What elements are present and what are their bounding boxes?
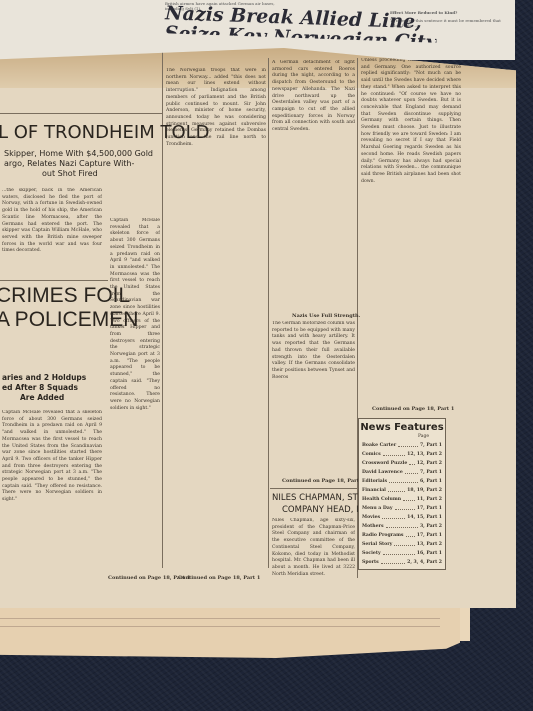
feature-page: 6, Part 1 bbox=[420, 477, 442, 486]
trondheim-deck: Skipper, Home With $4,500,000 Gold argo,… bbox=[4, 149, 153, 179]
leader-dots bbox=[394, 540, 414, 546]
deck-line: Skipper, Home With $4,500,000 Gold bbox=[4, 149, 153, 159]
feature-item: Menu a Day17, Part 1 bbox=[359, 504, 445, 513]
feature-item: Movies14, 15, Part 1 bbox=[359, 513, 445, 522]
column-4-subhead: Nazis Use Full Strength. bbox=[292, 313, 360, 319]
feature-item: Radio Programs17, Part 1 bbox=[359, 531, 445, 540]
page-column-label: Page bbox=[359, 434, 445, 439]
deck-line: Are Added bbox=[2, 393, 86, 403]
feature-page: 2, 3, 4, Part 2 bbox=[407, 558, 442, 567]
leader-dots bbox=[383, 549, 415, 555]
news-features-box: News Features Page Boake Carter7, Part 1… bbox=[358, 418, 446, 570]
trondheim-story-body: ...the skipper, back in the American wat… bbox=[2, 188, 102, 278]
feature-page: 14, 15, Part 1 bbox=[407, 513, 442, 522]
continued-note: Continued on Page 18, Part 1 bbox=[178, 575, 260, 581]
feature-page: 13, Part 2 bbox=[417, 540, 442, 549]
features-list: Boake Carter7, Part 1Comics12, 13, Part … bbox=[359, 441, 445, 567]
deck-line: out Shot Fired bbox=[4, 169, 153, 179]
section-rule bbox=[0, 280, 108, 281]
feature-name: Radio Programs bbox=[362, 531, 404, 540]
feature-name: Boake Carter bbox=[362, 441, 396, 450]
feature-name: Editorials bbox=[362, 477, 387, 486]
leader-dots bbox=[389, 477, 418, 483]
leader-dots bbox=[386, 522, 418, 528]
page-rule bbox=[0, 626, 440, 627]
feature-item: Mothers3, Part 2 bbox=[359, 522, 445, 531]
feature-item: Society16, Part 1 bbox=[359, 549, 445, 558]
section-rule bbox=[270, 488, 357, 489]
news-features-title: News Features bbox=[359, 422, 445, 433]
column-rule bbox=[268, 58, 269, 568]
feature-name: David Lawrence bbox=[362, 468, 403, 477]
obituary-body: Niles Chapman, age sixty-six, president … bbox=[272, 518, 355, 582]
feature-page: 7, Part 1 bbox=[420, 468, 442, 477]
feature-page: 12, Part 2 bbox=[417, 459, 442, 468]
feature-name: Menu a Day bbox=[362, 504, 393, 513]
feature-page: 3, Part 2 bbox=[420, 522, 442, 531]
feature-name: Serial Story bbox=[362, 540, 392, 549]
deck-line: aries and 2 Holdups bbox=[2, 373, 86, 383]
deck-line: ed After 8 Squads bbox=[2, 383, 86, 393]
feature-page: 17, Part 1 bbox=[417, 531, 442, 540]
leader-dots bbox=[403, 495, 415, 501]
feature-name: Movies bbox=[362, 513, 380, 522]
continued-note: Continued on Page 18, Part 1 bbox=[282, 478, 364, 484]
feature-page: 12, 13, Part 2 bbox=[407, 450, 442, 459]
leader-dots bbox=[409, 459, 415, 465]
feature-page: 11, Part 2 bbox=[417, 495, 442, 504]
feature-item: Health Column11, Part 2 bbox=[359, 495, 445, 504]
deck-line: argo, Relates Nazi Capture With- bbox=[4, 159, 153, 169]
feature-name: Financial bbox=[362, 486, 386, 495]
feature-item: Boake Carter7, Part 1 bbox=[359, 441, 445, 450]
crimes-deck: aries and 2 Holdups ed After 8 Squads Ar… bbox=[2, 373, 86, 403]
leader-dots bbox=[383, 450, 405, 456]
leader-dots bbox=[398, 441, 418, 447]
column-3-text: The Norwegian troops that were in northe… bbox=[166, 68, 266, 568]
feature-name: Sports bbox=[362, 558, 379, 567]
continued-note: Continued on Page 18, Part 1 bbox=[372, 406, 454, 412]
leader-dots bbox=[381, 558, 405, 564]
column-4-text: A German detachment of light armored car… bbox=[272, 60, 355, 310]
feature-name: Comics bbox=[362, 450, 381, 459]
feature-name: Crossword Puzzle bbox=[362, 459, 407, 468]
column-5-text: Unless proceeding now between Sweden and… bbox=[361, 58, 461, 398]
feature-item: Comics12, 13, Part 2 bbox=[359, 450, 445, 459]
feature-item: Sports2, 3, 4, Part 2 bbox=[359, 558, 445, 567]
feature-name: Mothers bbox=[362, 522, 384, 531]
feature-item: Crossword Puzzle12, Part 2 bbox=[359, 459, 445, 468]
page-rule bbox=[0, 618, 440, 619]
column-4-text-2: The German motorized column was reported… bbox=[272, 321, 355, 471]
leader-dots bbox=[388, 486, 405, 492]
leader-dots bbox=[395, 504, 415, 510]
leader-dots bbox=[405, 468, 418, 474]
feature-page: 17, Part 1 bbox=[417, 504, 442, 513]
column-2-text: Captain McHale revealed that a skeleton … bbox=[110, 218, 160, 568]
feature-item: Editorials6, Part 1 bbox=[359, 477, 445, 486]
section-rule bbox=[0, 113, 162, 114]
feature-item: Financial18, 19, Part 2 bbox=[359, 486, 445, 495]
feature-name: Society bbox=[362, 549, 381, 558]
feature-name: Health Column bbox=[362, 495, 401, 504]
feature-item: Serial Story13, Part 2 bbox=[359, 540, 445, 549]
feature-item: David Lawrence7, Part 1 bbox=[359, 468, 445, 477]
crimes-story-body: Captain McHale revealed that a skeleton … bbox=[2, 410, 102, 580]
feature-page: 16, Part 1 bbox=[417, 549, 442, 558]
leader-dots bbox=[382, 513, 405, 519]
leader-dots bbox=[406, 531, 415, 537]
feature-page: 7, Part 1 bbox=[420, 441, 442, 450]
feature-page: 18, 19, Part 2 bbox=[407, 486, 442, 495]
